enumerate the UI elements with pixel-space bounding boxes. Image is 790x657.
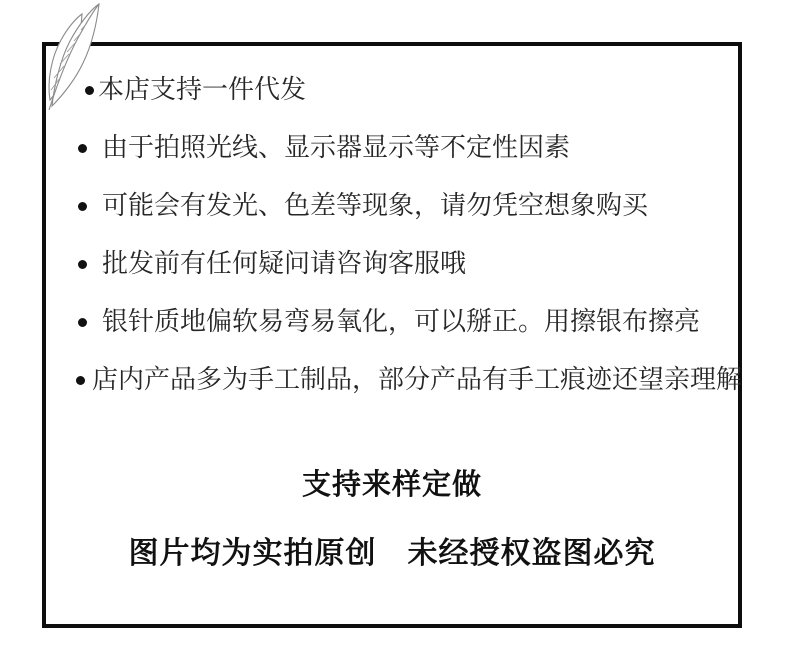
store-notice-page: 本店支持一件代发 由于拍照光线、显示器显示等不定性因素 可能会有发光、色差等现象…	[0, 0, 790, 657]
bullet-dot-icon	[78, 202, 87, 211]
notice-bullet-item: 由于拍照光线、显示器显示等不定性因素	[78, 132, 738, 162]
feather-quill-icon	[38, 0, 110, 114]
bullet-dot-icon	[78, 318, 87, 327]
copyright-warning-note: 图片均为实拍原创 未经授权盗图必究	[42, 536, 742, 572]
custom-order-note: 支持来样定做	[42, 468, 742, 502]
notice-bullet-text: 本店支持一件代发	[98, 74, 306, 104]
notice-bullet-text: 银针质地偏软易弯易氧化，可以掰正。用擦银布擦亮	[102, 306, 700, 336]
notice-bullet-text: 店内产品多为手工制品，部分产品有手工痕迹还望亲理解	[92, 364, 742, 394]
bullet-dot-icon	[76, 376, 85, 385]
notice-bullet-text: 批发前有任何疑问请咨询客服哦	[102, 248, 466, 278]
notice-bullet-item: 店内产品多为手工制品，部分产品有手工痕迹还望亲理解	[76, 364, 738, 394]
notice-bullet-item: 本店支持一件代发	[78, 74, 738, 104]
bullet-dot-icon	[78, 144, 87, 153]
notice-bullet-list: 本店支持一件代发 由于拍照光线、显示器显示等不定性因素 可能会有发光、色差等现象…	[46, 46, 738, 422]
bullet-dot-icon	[78, 260, 87, 269]
notice-bullet-text: 可能会有发光、色差等现象，请勿凭空想象购买	[102, 190, 648, 220]
notice-bullet-item: 银针质地偏软易弯易氧化，可以掰正。用擦银布擦亮	[78, 306, 738, 336]
notice-bullet-item: 批发前有任何疑问请咨询客服哦	[78, 248, 738, 278]
notice-bullet-item: 可能会有发光、色差等现象，请勿凭空想象购买	[78, 190, 738, 220]
notice-bullet-text: 由于拍照光线、显示器显示等不定性因素	[102, 132, 570, 162]
